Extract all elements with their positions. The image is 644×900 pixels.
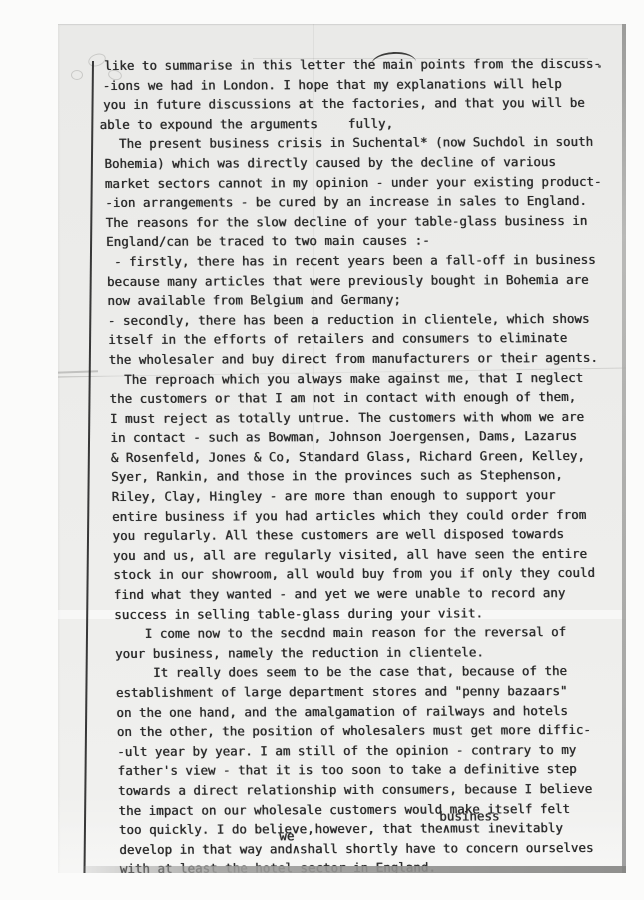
text-line: The reproach which you always make again… bbox=[109, 367, 626, 389]
text-line: the wholesaler and buy direct from manuf… bbox=[108, 348, 626, 370]
text-line: now available from Belgium and Germany; bbox=[107, 289, 626, 311]
scan-background: like to summarise in this letter the mai… bbox=[0, 0, 644, 900]
text-line: too quickly. I do believe,however, that … bbox=[119, 818, 626, 840]
text-line: towards a direct relationship with consu… bbox=[118, 779, 626, 801]
margin-rule-line bbox=[83, 61, 94, 873]
text-line: because many articles that were previous… bbox=[107, 269, 626, 291]
paper-dimple bbox=[71, 70, 83, 80]
text-line: itself in the efforts of retailers and c… bbox=[108, 328, 626, 350]
text-line: The present business crisis in Suchental… bbox=[104, 132, 626, 154]
text-line: stock in our showroom, all would buy fro… bbox=[113, 563, 626, 585]
typed-insertion: business bbox=[439, 806, 500, 826]
text-line: The reasons for the slow decline of your… bbox=[105, 210, 626, 232]
text-line: -ult year by year. I am still of the opi… bbox=[117, 739, 626, 761]
text-line: the impact on our wholesale customers wo… bbox=[118, 798, 626, 820]
text-line: you and us, all are regularly visited, a… bbox=[113, 544, 626, 566]
text-line: Bohemia) which was directly caused by th… bbox=[104, 152, 626, 174]
text-line: in contact - such as Bowman, Johnson Joe… bbox=[110, 426, 626, 448]
text-line: on the one hand, and the amalgamation of… bbox=[116, 700, 626, 722]
text-line: England/can be traced to two main causes… bbox=[106, 230, 626, 252]
text-line: Riley, Clay, Hingley - are more than eno… bbox=[111, 485, 626, 507]
text-line: I come now to the secdnd main reason for… bbox=[114, 622, 626, 644]
text-line: entire business if you had articles whic… bbox=[112, 504, 626, 526]
text-line: -ions we had in London. I hope that my e… bbox=[102, 73, 624, 95]
text-line: I must reject as totally untrue. The cus… bbox=[110, 406, 626, 428]
text-line: - firstly, there has in recent years bee… bbox=[106, 250, 626, 272]
text-line: market sectors cannot in my opinion - un… bbox=[105, 171, 626, 193]
text-line: on the other, the position of wholesaler… bbox=[117, 720, 626, 742]
text-line: - secondly, there has been a reduction i… bbox=[108, 308, 626, 330]
text-line: father's view - that it is too soon to t… bbox=[117, 759, 626, 781]
text-line: like to summarise in this letter the mai… bbox=[104, 54, 626, 76]
typed-insertion: we bbox=[279, 826, 294, 846]
text-line: you regularly. All these customers are w… bbox=[112, 524, 626, 546]
text-line: your business, namely the reduction in c… bbox=[115, 642, 626, 664]
letter-text: like to summarise in this letter the mai… bbox=[102, 54, 626, 873]
text-line: It really does seem to be the case that,… bbox=[115, 661, 626, 683]
text-line: -ion arrangements - be cured by an incre… bbox=[105, 191, 626, 213]
text-line: able to expound the arguments fully, bbox=[99, 113, 621, 135]
text-line: the customers or that I am not in contac… bbox=[109, 387, 626, 409]
text-line: establishment of large department stores… bbox=[116, 681, 626, 703]
text-line: & Rosenfeld, Jones & Co, Standard Glass,… bbox=[111, 446, 626, 468]
text-line: develop in that way and∧shall shortly ha… bbox=[119, 837, 626, 859]
text-line: success in selling table-glass during yo… bbox=[114, 602, 626, 624]
paper-edge-bottom bbox=[84, 866, 626, 873]
fold-line-left-tick bbox=[58, 370, 98, 373]
letter-page: like to summarise in this letter the mai… bbox=[58, 24, 626, 873]
text-line: find what they wanted - and yet we were … bbox=[114, 583, 626, 605]
text-line: you in future discussions at the factori… bbox=[103, 93, 625, 115]
paper-edge-right bbox=[622, 24, 626, 873]
text-line: Syer, Rankin, and those in the provinces… bbox=[111, 465, 626, 487]
